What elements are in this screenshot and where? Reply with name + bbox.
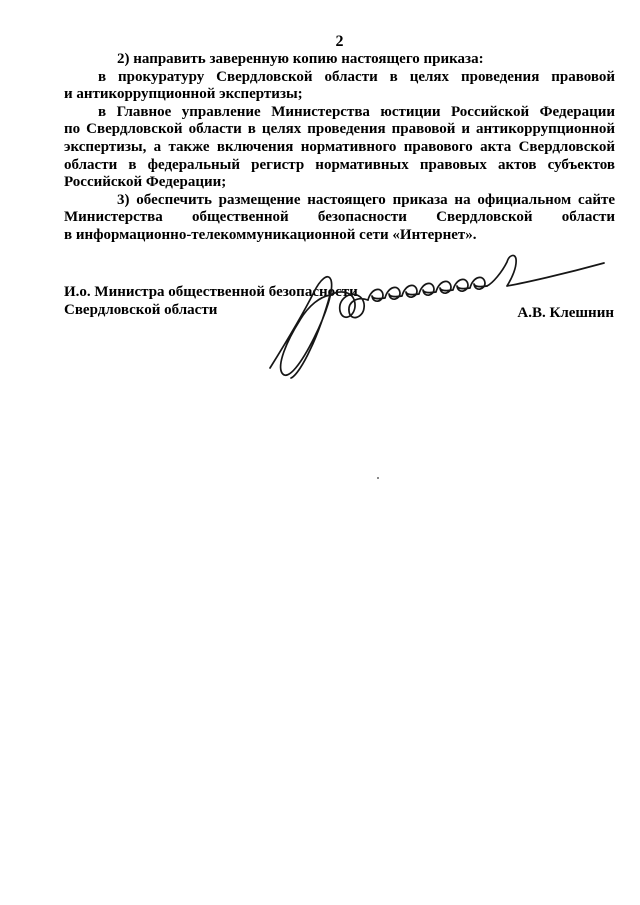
handwritten-signature-icon: [256, 250, 608, 388]
body-line: Министерства общественной безопасности С…: [64, 209, 615, 227]
order-body-text: 2) направить заверенную копию настоящего…: [64, 51, 615, 245]
body-line: в Главное управление Министерства юстици…: [64, 104, 615, 122]
scan-speck: [377, 477, 379, 479]
body-line: экспертизы, а также включения нормативно…: [64, 139, 615, 157]
body-line: Российской Федерации;: [64, 174, 615, 192]
body-line: в прокуратуру Свердловской области в цел…: [64, 69, 615, 87]
body-line: 2) направить заверенную копию настоящего…: [64, 51, 615, 69]
body-line: 3) обеспечить размещение настоящего прик…: [64, 192, 615, 210]
document-page: 2 2) направить заверенную копию настояще…: [0, 0, 640, 905]
body-line: и антикоррупционной экспертизы;: [64, 86, 615, 104]
body-line: в информационно-телекоммуникационной сет…: [64, 227, 615, 245]
body-line: области в федеральный регистр нормативны…: [64, 157, 615, 175]
body-line: по Свердловской области в целях проведен…: [64, 121, 615, 139]
page-number: 2: [64, 33, 615, 51]
